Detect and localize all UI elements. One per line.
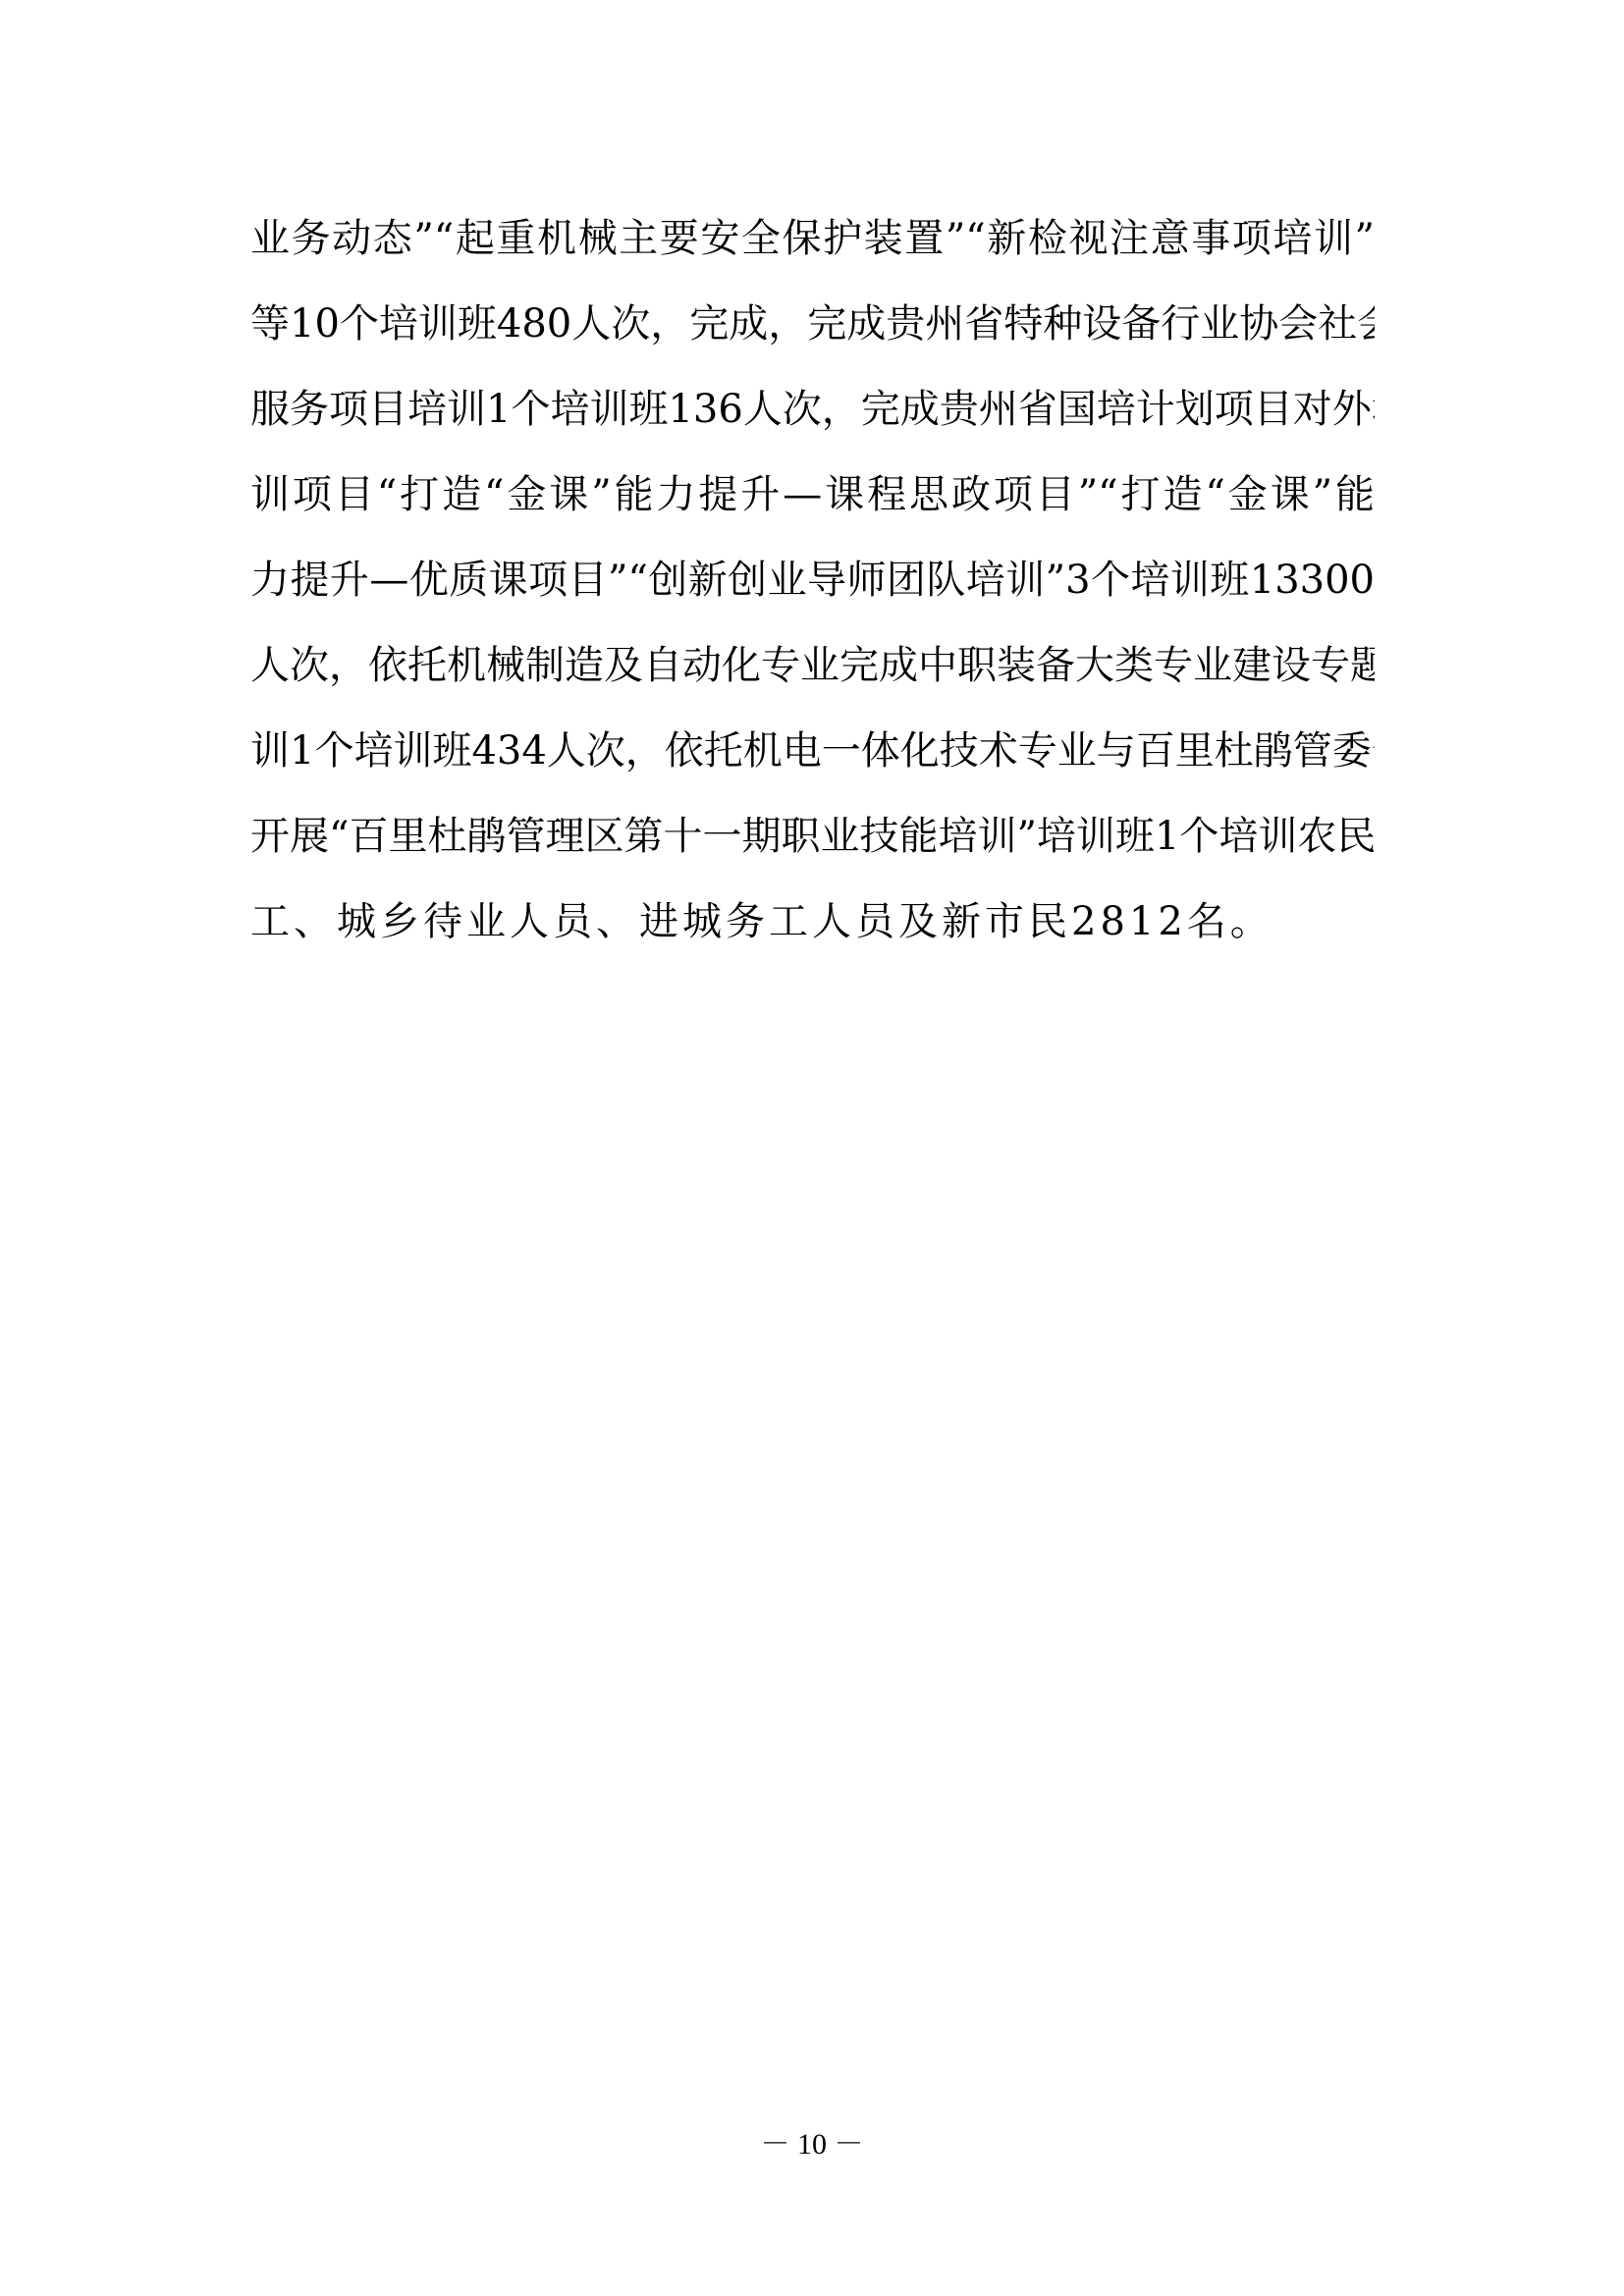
body-paragraph: 业务动态”“起重机械主要安全保护装置”“新检视注意事项培训” 等10个培训班48… (250, 196, 1375, 965)
paragraph-line-6: 人次，依托机械制造及自动化专业完成中职装备大类专业建设专题培 (250, 623, 1375, 709)
paragraph-line-8: 开展“百里杜鹃管理区第十一期职业技能培训”培训班1个培训农民 (250, 794, 1375, 880)
paragraph-line-2: 等10个培训班480人次，完成，完成贵州省特种设备行业协会社会 (250, 282, 1375, 367)
paragraph-line-3: 服务项目培训1个培训班136人次，完成贵州省国培计划项目对外培 (250, 367, 1375, 453)
paragraph-line-1: 业务动态”“起重机械主要安全保护装置”“新检视注意事项培训” (250, 196, 1375, 282)
paragraph-line-7: 训1个培训班434人次，依托机电一体化技术专业与百里杜鹃管委会 (250, 709, 1375, 794)
paragraph-line-4: 训项目“打造“金课”能力提升—课程思政项目”“打造“金课”能 (250, 453, 1375, 538)
paragraph-line-5: 力提升—优质课项目”“创新创业导师团队培训”3个培训班13300 (250, 538, 1375, 623)
paragraph-line-9: 工、城乡待业人员、进城务工人员及新市民2812名。 (250, 880, 1375, 965)
document-page: 业务动态”“起重机械主要安全保护装置”“新检视注意事项培训” 等10个培训班48… (0, 0, 1624, 2296)
page-number: － 10 － (0, 2120, 1624, 2169)
